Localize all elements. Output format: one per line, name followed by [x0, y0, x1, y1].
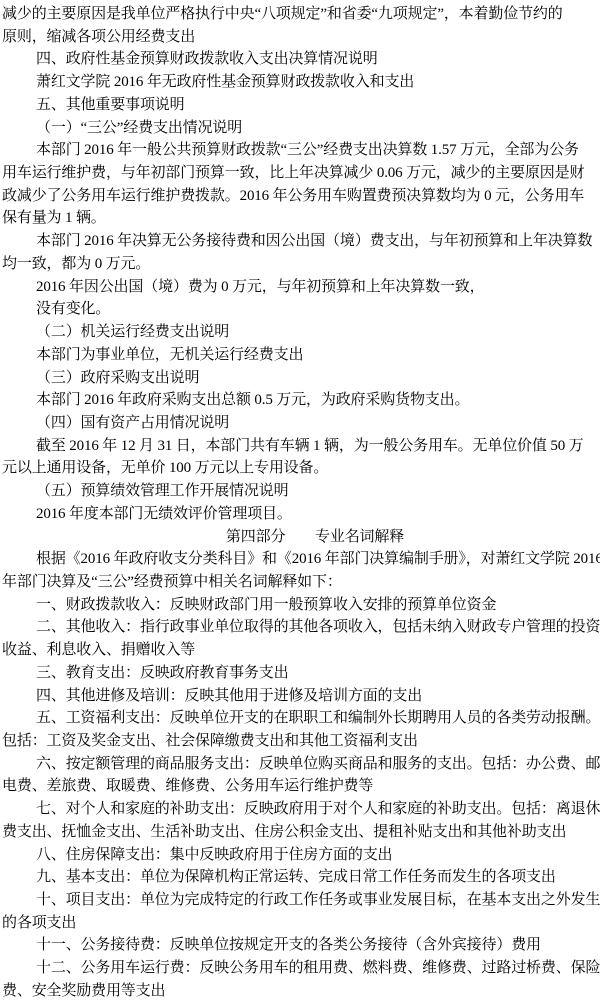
text-line: 收益、利息收入、捐赠收入等 [0, 639, 600, 662]
text-line: 八、住房保障支出：集中反映政府用于住房方面的支出 [0, 844, 600, 867]
text-line: 七、对个人和家庭的补助支出：反映政府用于对个人和家庭的补助支出。包括：离退休 [0, 798, 600, 821]
text-line: 本部门 2016 年一般公共预算财政拨款“三公”经费支出决算数 1.57 万元，… [0, 139, 600, 162]
text-line: 元以上通用设备，无单价 100 万元以上专用设备。 [0, 457, 600, 480]
text-line: 十、项目支出：单位为完成特定的行政工作任务或事业发展目标，在基本支出之外发生 [0, 889, 600, 912]
text-line: 电费、差旅费、取暖费、维修费、公务用车运行维护费等 [0, 775, 600, 798]
text-line: 五、其他重要事项说明 [0, 94, 600, 117]
text-line: 一、财政拨款收入：反映财政部门用一般预算收入安排的预算单位资金 [0, 594, 600, 617]
text-line: 没有变化。 [0, 298, 600, 321]
text-line: 用车运行维护费，与年初部门预算一致，比上年决算减少 0.06 万元，减少的主要原… [0, 162, 600, 185]
text-line: 三、教育支出：反映政府教育事务支出 [0, 662, 600, 685]
text-line: 二、其他收入：指行政事业单位取得的其他各项收入，包括未纳入财政专户管理的投资 [0, 616, 600, 639]
text-line: 年部门决算及“三公”经费预算中相关名词解释如下： [0, 571, 600, 594]
text-line: 本部门 2016 年政府采购支出总额 0.5 万元，为政府采购货物支出。 [0, 389, 600, 412]
text-line: 六、按定额管理的商品服务支出：反映单位购买商品和服务的支出。包括：办公费、邮 [0, 753, 600, 776]
text-line: 2016 年度本部门无绩效评价管理项目。 [0, 503, 600, 526]
text-line: （四）国有资产占用情况说明 [0, 412, 600, 435]
text-line: 费、安全奖励费用等支出 [0, 980, 600, 1000]
text-line: （一）“三公”经费支出情况说明 [0, 117, 600, 140]
text-line: 均一致，都为 0 万元。 [0, 253, 600, 276]
text-line: 四、政府性基金预算财政拨款收入支出决算情况说明 [0, 48, 600, 71]
text-line: （三）政府采购支出说明 [0, 367, 600, 390]
text-line: （五）预算绩效管理工作开展情况说明 [0, 480, 600, 503]
text-line: 保有量为 1 辆。 [0, 207, 600, 230]
text-line: 费支出、抚恤金支出、生活补助支出、住房公积金支出、提租补贴支出和其他补助支出 [0, 821, 600, 844]
document-page: 减少的主要原因是我单位严格执行中央“八项规定”和省委“九项规定”，本着勤俭节约的… [0, 0, 600, 1000]
text-line: 原则，缩减各项公用经费支出 [0, 26, 600, 49]
text-line: 四、其他进修及培训：反映其他用于进修及培训方面的支出 [0, 685, 600, 708]
text-line: 政减少了公务用车运行维护费拨款。2016 年公务用车购置费预决算数均为 0 元，… [0, 185, 600, 208]
text-line: 五、工资福利支出：反映单位开支的在职职工和编制外长期聘用人员的各类劳动报酬。 [0, 707, 600, 730]
text-line: （二）机关运行经费支出说明 [0, 321, 600, 344]
text-line: 的各项支出 [0, 912, 600, 935]
text-line: 根据《2016 年政府收支分类科目》和《2016 年部门决算编制手册》，对萧红文… [0, 548, 600, 571]
text-line: 截至 2016 年 12 月 31 日，本部门共有车辆 1 辆，为一般公务用车。… [0, 435, 600, 458]
text-line: 2016 年因公出国（境）费为 0 万元，与年初预算和上年决算数一致， [0, 276, 600, 299]
text-line: 减少的主要原因是我单位严格执行中央“八项规定”和省委“九项规定”，本着勤俭节约的 [0, 3, 600, 26]
text-line: 本部门为事业单位，无机关运行经费支出 [0, 344, 600, 367]
text-line: 包括：工资及奖金支出、社会保障缴费支出和其他工资福利支出 [0, 730, 600, 753]
text-line: 九、基本支出：单位为保障机构正常运转、完成日常工作任务而发生的各项支出 [0, 866, 600, 889]
text-line: 十二、公务用车运行费：反映公务用车的租用费、燃料费、维修费、过路过桥费、保险 [0, 957, 600, 980]
text-line: 本部门 2016 年决算无公务接待费和因公出国（境）费支出，与年初预算和上年决算… [0, 230, 600, 253]
text-line: 萧红文学院 2016 年无政府性基金预算财政拨款收入和支出 [0, 71, 600, 94]
text-line: 十一、公务接待费：反映单位按规定开支的各类公务接待（含外宾接待）费用 [0, 934, 600, 957]
part-heading: 第四部分 专业名词解释 [0, 526, 600, 549]
